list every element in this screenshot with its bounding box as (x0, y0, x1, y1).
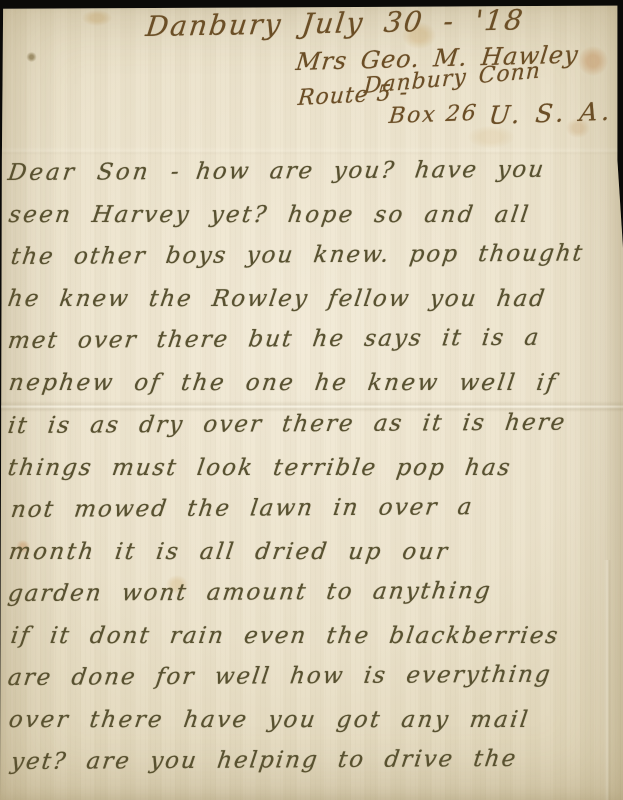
body-line: over there have you got any mail (6, 699, 623, 741)
body-line: nephew of the one he knew well if (6, 362, 623, 404)
scanned-letter-photo: { "colors": { "background": "#0b0a08", "… (0, 0, 623, 800)
body-line: he knew the Rowley fellow you had (5, 278, 623, 320)
letter-page: Danbury July 30 - '18 Mrs Geo. M. Hawley… (0, 0, 623, 800)
foxing-stain-top-right (578, 46, 608, 76)
body-line: met over there but he says it is a (5, 317, 623, 363)
body-line: are done for well how is everything (5, 653, 623, 699)
dateline: Danbury July 30 - '18 (144, 3, 526, 43)
smudge-stain-top-left (82, 10, 112, 26)
body-line: if it dont rain even the blackberries (8, 615, 623, 657)
address-country: U. S. A. (487, 97, 615, 130)
body-line: garden wont amount to anything (5, 569, 623, 615)
body-line: not mowed the lawn in over a (8, 485, 623, 531)
letter-body: Dear Son -how are you? have you seen Har… (8, 152, 623, 783)
body-line: month it is all dried up our (6, 531, 623, 573)
body-line: yet? are you helping to drive the (8, 738, 623, 784)
ink-speck-stain (26, 52, 37, 62)
salutation: Dear Son - (5, 151, 199, 194)
body-line: it is as dry over there as it is here (5, 401, 623, 447)
address-box: Box 26 (388, 101, 479, 129)
body-line-text: how are you? have you (194, 157, 546, 185)
body-line: things must look terrible pop has (5, 447, 623, 489)
body-line: seen Harvey yet? hope so and all (6, 194, 623, 236)
body-line: the other boys you knew. pop thought (8, 232, 623, 278)
body-line: Dear Son -how are you? have you (5, 148, 623, 194)
